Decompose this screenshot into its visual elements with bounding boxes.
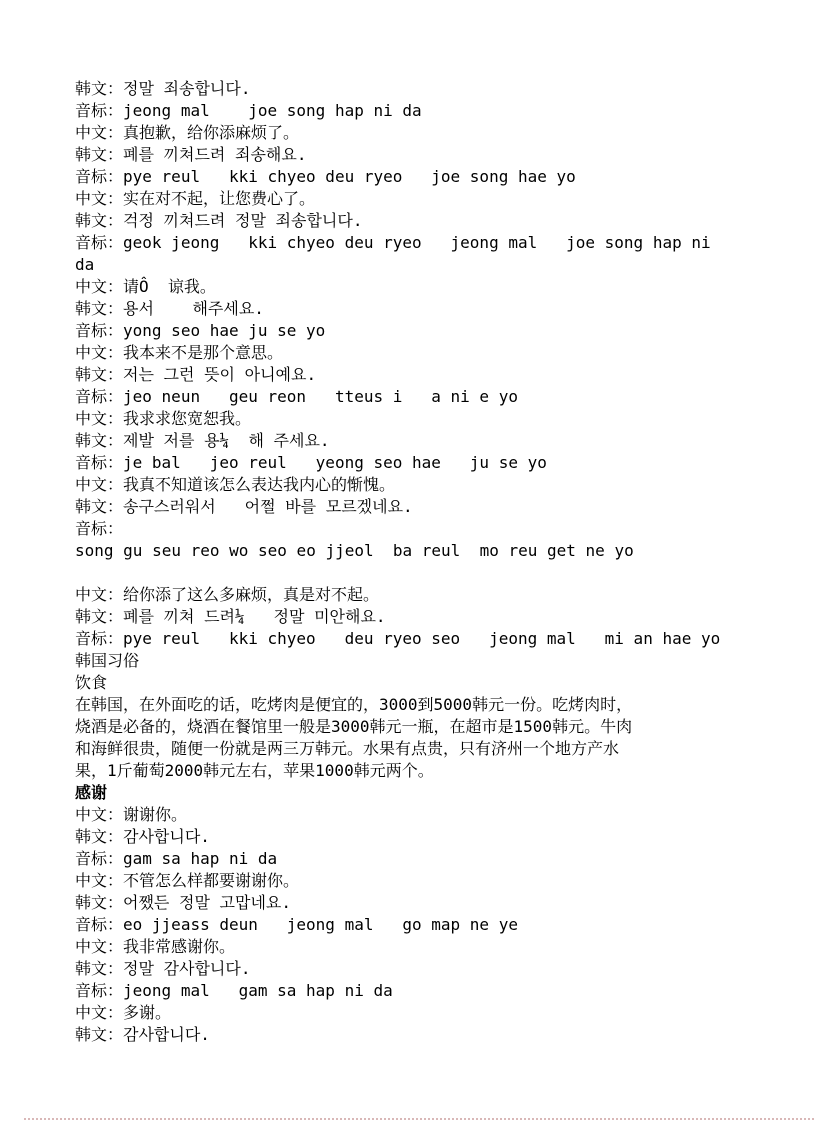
line-label: 音标： (75, 167, 123, 186)
line-text: 感谢 (75, 783, 107, 802)
doc-line: song gu seu reo wo seo eo jjeol ba reul … (75, 540, 796, 562)
doc-line: 音标：geok jeong kki chyeo deu ryeo jeong m… (75, 232, 796, 254)
doc-line: 韩文：감사합니다. (75, 826, 796, 848)
doc-line: 韩国习俗 (75, 650, 796, 672)
line-text: 请Ô 谅我。 (123, 277, 216, 296)
line-text: 烧酒是必备的，烧酒在餐馆里一般是3000韩元一瓶，在超市是1500韩元。牛肉 (75, 717, 632, 736)
doc-line: 韩文：송구스러워서 어쩔 바를 모르겠네요. (75, 496, 796, 518)
line-text: pye reul kki chyeo deu ryeo joe song hae… (123, 167, 576, 186)
doc-line: 韩文：정말 죄송합니다. (75, 78, 796, 100)
line-text: 和海鲜很贵，随便一份就是两三万韩元。水果有点贵，只有济州一个地方产水 (75, 739, 619, 758)
doc-line: 韩文：정말 감사합니다. (75, 958, 796, 980)
doc-line: 音标：gam sa hap ni da (75, 848, 796, 870)
doc-line: 韩文：폐를 끼쳐드려 죄송해요. (75, 144, 796, 166)
doc-line: 韩文：폐를 끼쳐 드려¼ 정말 미안해요. (75, 606, 796, 628)
doc-line: 韩文：용서 해주세요. (75, 298, 796, 320)
doc-line: 韩文：저는 그런 뜻이 아니예요. (75, 364, 796, 386)
line-text: 폐를 끼쳐 드려¼ 정말 미안해요. (123, 607, 386, 626)
line-label: 中文： (75, 277, 123, 296)
line-text: da (75, 255, 94, 274)
line-text: jeong mal gam sa hap ni da (123, 981, 393, 1000)
doc-line: 音标： (75, 518, 796, 540)
doc-line: 音标：je bal jeo reul yeong seo hae ju se y… (75, 452, 796, 474)
doc-line: 中文：我真不知道该怎么表达我内心的惭愧。 (75, 474, 796, 496)
line-label: 音标： (75, 101, 123, 120)
doc-line: 中文：多谢。 (75, 1002, 796, 1024)
line-text: 송구스러워서 어쩔 바를 모르겠네요. (123, 497, 413, 516)
line-text: 真抱歉，给你添麻烦了。 (123, 123, 299, 142)
line-label: 韩文： (75, 299, 123, 318)
line-label: 中文： (75, 805, 123, 824)
doc-line: 烧酒是必备的，烧酒在餐馆里一般是3000韩元一瓶，在超市是1500韩元。牛肉 (75, 716, 796, 738)
line-label: 音标： (75, 981, 123, 1000)
line-label: 音标： (75, 915, 123, 934)
line-text: 정말 죄송합니다. (123, 79, 250, 98)
line-text: yong seo hae ju se yo (123, 321, 325, 340)
doc-line: 和海鲜很贵，随便一份就是两三万韩元。水果有点贵，只有济州一个地方产水 (75, 738, 796, 760)
document-page: 韩文：정말 죄송합니다.音标：jeong mal joe song hap ni… (0, 0, 816, 1123)
doc-line: 饮食 (75, 672, 796, 694)
line-label: 音标： (75, 519, 123, 538)
line-label: 音标： (75, 387, 123, 406)
line-text: 폐를 끼쳐드려 죄송해요. (123, 145, 306, 164)
line-text: jeo neun geu reon tteus i a ni e yo (123, 387, 518, 406)
line-text: 多谢。 (123, 1003, 171, 1022)
doc-line: 韩文：감사합니다. (75, 1024, 796, 1046)
doc-line: 中文：我非常感谢你。 (75, 936, 796, 958)
line-label: 韩文： (75, 497, 123, 516)
line-label: 中文： (75, 343, 123, 362)
line-text: 实在对不起，让您费心了。 (123, 189, 315, 208)
line-label: 韩文： (75, 431, 123, 450)
line-text: 감사합니다. (123, 1025, 210, 1044)
line-text: 我真不知道该怎么表达我内心的惭愧。 (123, 475, 395, 494)
line-text: 我求求您宽恕我。 (123, 409, 251, 428)
line-text: 정말 감사합니다. (123, 959, 250, 978)
line-text: pye reul kki chyeo deu ryeo seo jeong ma… (123, 629, 720, 648)
doc-line: 音标：yong seo hae ju se yo (75, 320, 796, 342)
line-text: geok jeong kki chyeo deu ryeo jeong mal … (123, 233, 711, 252)
doc-line: 韩文：어쨌든 정말 고맙네요. (75, 892, 796, 914)
doc-line: 中文：实在对不起，让您费心了。 (75, 188, 796, 210)
line-label: 韩文： (75, 827, 123, 846)
line-label: 音标： (75, 629, 123, 648)
line-label: 韩文： (75, 959, 123, 978)
line-label: 中文： (75, 937, 123, 956)
line-text: 谢谢你。 (123, 805, 187, 824)
line-label: 音标： (75, 453, 123, 472)
line-label: 中文： (75, 475, 123, 494)
doc-line: 音标：jeong mal joe song hap ni da (75, 100, 796, 122)
line-label: 韩文： (75, 211, 123, 230)
doc-line: 韩文：제발 저를 용¼ 해 주세요. (75, 430, 796, 452)
doc-line: 中文：给你添了这么多麻烦，真是对不起。 (75, 584, 796, 606)
line-text: 不管怎么样都要谢谢你。 (123, 871, 299, 890)
line-text: 我本来不是那个意思。 (123, 343, 283, 362)
line-label: 音标： (75, 233, 123, 252)
line-text: 제발 저를 용¼ 해 주세요. (123, 431, 330, 450)
page-boundary-dotted-line (24, 1118, 814, 1120)
line-text: 용서 해주세요. (123, 299, 264, 318)
doc-line: 中文：请Ô 谅我。 (75, 276, 796, 298)
doc-line: da (75, 254, 796, 276)
line-label: 韩文： (75, 365, 123, 384)
doc-line (75, 562, 796, 584)
line-label: 韩文： (75, 893, 123, 912)
line-label: 韩文： (75, 607, 123, 626)
line-text: 걱정 끼쳐드려 정말 죄송합니다. (123, 211, 362, 230)
line-label: 韩文： (75, 145, 123, 164)
line-label: 中文： (75, 123, 123, 142)
doc-line: 韩文：걱정 끼쳐드려 정말 죄송합니다. (75, 210, 796, 232)
line-text: 韩国习俗 (75, 651, 139, 670)
document-content: 韩文：정말 죄송합니다.音标：jeong mal joe song hap ni… (75, 78, 796, 1046)
doc-line: 中文：我求求您宽恕我。 (75, 408, 796, 430)
doc-line: 音标：pye reul kki chyeo deu ryeo seo jeong… (75, 628, 796, 650)
doc-line: 音标：eo jjeass deun jeong mal go map ne ye (75, 914, 796, 936)
line-label: 音标： (75, 321, 123, 340)
line-text: 饮食 (75, 673, 107, 692)
line-label: 韩文： (75, 1025, 123, 1044)
doc-line: 音标：jeo neun geu reon tteus i a ni e yo (75, 386, 796, 408)
line-label: 中文： (75, 1003, 123, 1022)
doc-line: 果，1斤葡萄2000韩元左右，苹果1000韩元两个。 (75, 760, 796, 782)
line-label: 中文： (75, 409, 123, 428)
line-text: 我非常感谢你。 (123, 937, 235, 956)
line-label: 中文： (75, 189, 123, 208)
line-text: gam sa hap ni da (123, 849, 277, 868)
line-label: 中文： (75, 871, 123, 890)
doc-line: 中文：真抱歉，给你添麻烦了。 (75, 122, 796, 144)
line-text: 给你添了这么多麻烦，真是对不起。 (123, 585, 379, 604)
line-text: 어쨌든 정말 고맙네요. (123, 893, 291, 912)
line-label: 中文： (75, 585, 123, 604)
doc-line: 中文：我本来不是那个意思。 (75, 342, 796, 364)
line-text: 저는 그런 뜻이 아니예요. (123, 365, 316, 384)
doc-line: 感谢 (75, 782, 796, 804)
doc-line: 中文：谢谢你。 (75, 804, 796, 826)
doc-line: 在韩国，在外面吃的话，吃烤肉是便宜的，3000到5000韩元一份。吃烤肉时， (75, 694, 796, 716)
line-label: 韩文： (75, 79, 123, 98)
doc-line: 音标：jeong mal gam sa hap ni da (75, 980, 796, 1002)
line-text: eo jjeass deun jeong mal go map ne ye (123, 915, 518, 934)
line-text: 果，1斤葡萄2000韩元左右，苹果1000韩元两个。 (75, 761, 434, 780)
line-text: jeong mal joe song hap ni da (123, 101, 422, 120)
line-text: 在韩国，在外面吃的话，吃烤肉是便宜的，3000到5000韩元一份。吃烤肉时， (75, 695, 632, 714)
line-text: song gu seu reo wo seo eo jjeol ba reul … (75, 541, 634, 560)
doc-line: 中文：不管怎么样都要谢谢你。 (75, 870, 796, 892)
line-label: 音标： (75, 849, 123, 868)
line-text: 감사합니다. (123, 827, 210, 846)
doc-line: 音标：pye reul kki chyeo deu ryeo joe song … (75, 166, 796, 188)
line-text: je bal jeo reul yeong seo hae ju se yo (123, 453, 547, 472)
